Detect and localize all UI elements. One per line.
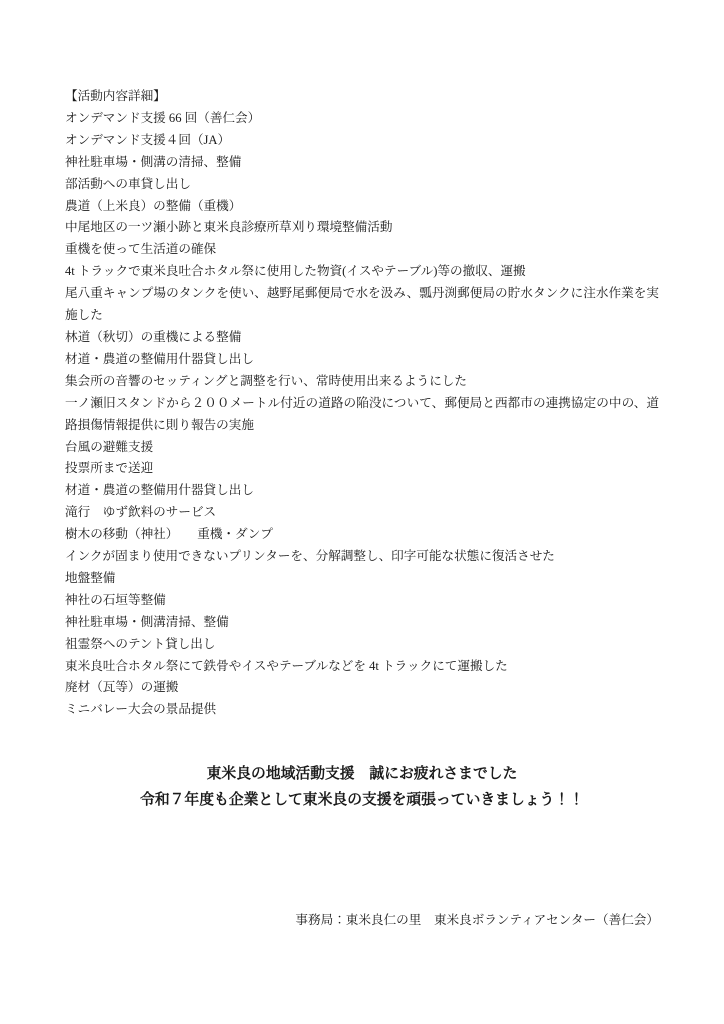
activity-item: オンデマンド支援 66 回（善仁会） xyxy=(65,108,659,130)
activity-item: 林道（秋切）の重機による整備 xyxy=(65,327,659,349)
activity-item: 神社の石垣等整備 xyxy=(65,590,659,612)
activity-item: 集会所の音響のセッティングと調整を行い、常時使用出来るようにした xyxy=(65,371,659,393)
activity-item: 一ノ瀬旧スタンドから２００メートル付近の道路の陥没について、郵便局と西都市の連携… xyxy=(65,393,659,437)
activity-item: インクが固まり使用できないプリンターを、分解調整し、印字可能な状態に復活させた xyxy=(65,546,659,568)
activity-item: 重機を使って生活道の確保 xyxy=(65,239,659,261)
activity-item: 材道・農道の整備用什器貸し出し xyxy=(65,480,659,502)
activity-item: 東米良吐合ホタル祭にて鉄骨やイスやテーブルなどを 4t トラックにて運搬した xyxy=(65,656,659,678)
activity-item: ミニバレー大会の景品提供 xyxy=(65,699,659,721)
activity-item: 祖霊祭へのテント貸し出し xyxy=(65,634,659,656)
section-heading: 【活動内容詳細】 xyxy=(65,86,659,108)
activity-item: 農道（上米良）の整備（重機） xyxy=(65,196,659,218)
activity-item: 樹木の移動（神社） 重機・ダンプ xyxy=(65,524,659,546)
document-page: 【活動内容詳細】 オンデマンド支援 66 回（善仁会）オンデマンド支援４回（JA… xyxy=(0,0,724,1024)
activity-item: 廃材（瓦等）の運搬 xyxy=(65,677,659,699)
activity-item: 台風の避難支援 xyxy=(65,437,659,459)
activity-item: 尾八重キャンプ場のタンクを使い、越野尾郵便局で水を汲み、瓢丹渕郵便局の貯水タンク… xyxy=(65,283,659,327)
activity-item: 中尾地区の一ツ瀬小跡と東米良診療所草刈り環境整備活動 xyxy=(65,217,659,239)
activity-item: オンデマンド支援４回（JA） xyxy=(65,130,659,152)
activity-item: 神社駐車場・側溝清掃、整備 xyxy=(65,612,659,634)
activity-item: 材道・農道の整備用什器貸し出し xyxy=(65,349,659,371)
activity-item: 地盤整備 xyxy=(65,568,659,590)
closing-line-2: 令和７年度も企業として東米良の支援を頑張っていきましょう！！ xyxy=(0,788,724,814)
activity-item: 滝行 ゆず飲料のサービス xyxy=(65,502,659,524)
closing-line-1: 東米良の地域活動支援 誠にお疲れさまでした xyxy=(0,762,724,788)
activity-item: 神社駐車場・側溝の清掃、整備 xyxy=(65,152,659,174)
activity-item: 4t トラックで東米良吐合ホタル祭に使用した物資(イスやテーブル)等の撤収、運搬 xyxy=(65,261,659,283)
activity-list: オンデマンド支援 66 回（善仁会）オンデマンド支援４回（JA）神社駐車場・側溝… xyxy=(65,108,659,721)
closing-message: 東米良の地域活動支援 誠にお疲れさまでした 令和７年度も企業として東米良の支援を… xyxy=(0,762,724,813)
activity-item: 部活動への車貸し出し xyxy=(65,174,659,196)
footer-secretariat: 事務局：東米良仁の里 東米良ボランティアセンター（善仁会） xyxy=(65,910,659,932)
activity-details-section: 【活動内容詳細】 オンデマンド支援 66 回（善仁会）オンデマンド支援４回（JA… xyxy=(65,86,659,721)
activity-item: 投票所まで送迎 xyxy=(65,458,659,480)
